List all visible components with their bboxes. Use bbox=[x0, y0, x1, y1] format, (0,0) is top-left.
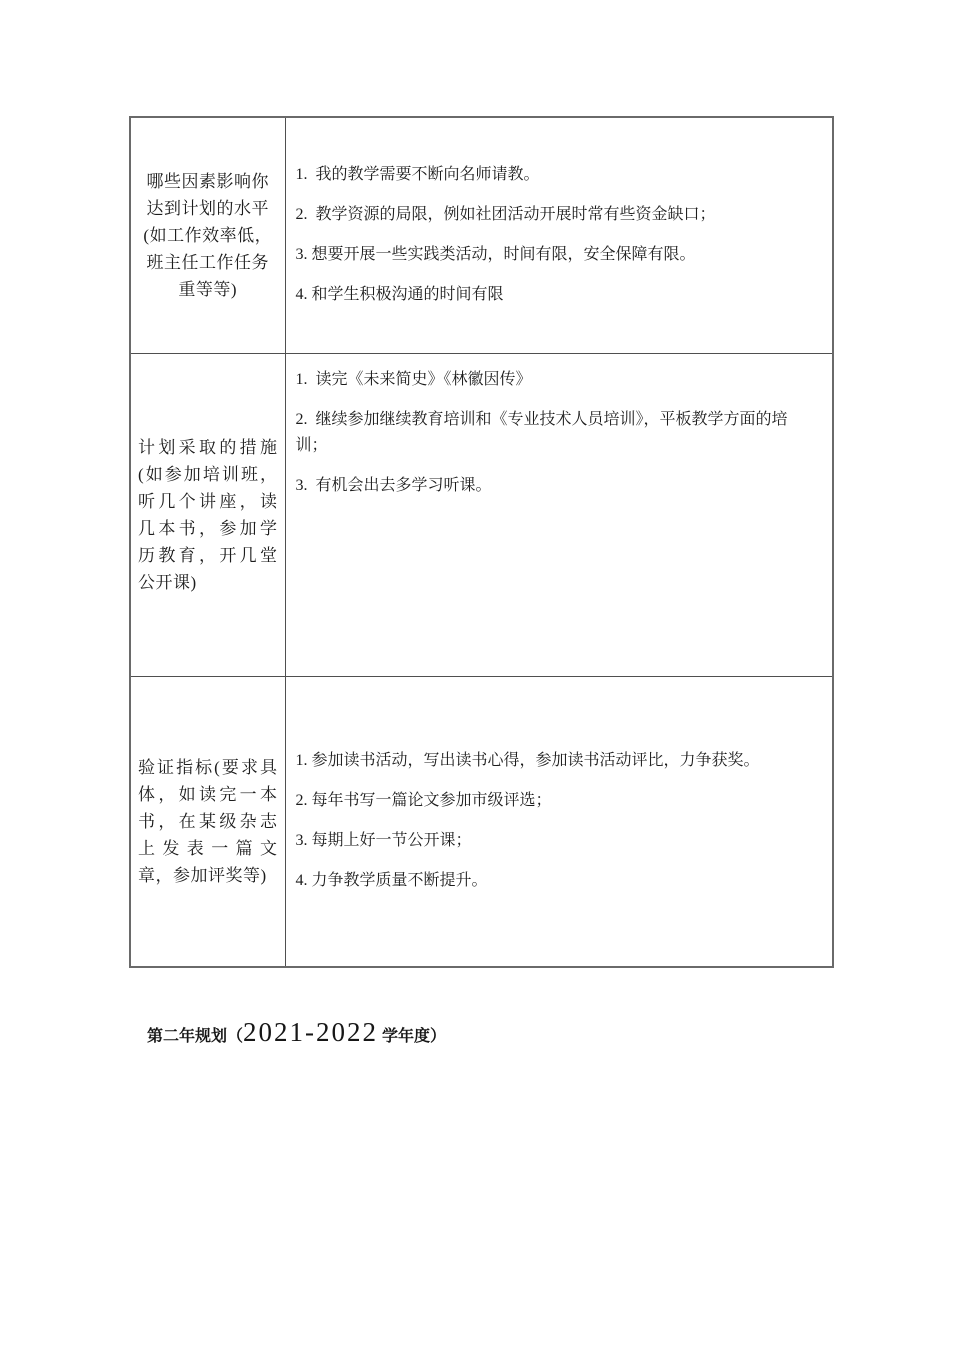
table-row-indicators: 验证指标(要求具体，如读完一本书，在某级杂志上发表一篇文章，参加评奖等) 1. … bbox=[130, 676, 833, 967]
row-label-cell-factors: 哪些因素影响你达到计划的水平(如工作效率低，班主任工作任务重等等) bbox=[130, 117, 285, 353]
list-item: 2. 继续参加继续教育培训和《专业技术人员培训》，平板教学方面的培训； bbox=[296, 407, 819, 459]
row-content-cell-measures: 1. 读完《未来简史》《林徽因传》 2. 继续参加继续教育培训和《专业技术人员培… bbox=[285, 353, 833, 676]
row-content-cell-indicators: 1. 参加读书活动，写出读书心得，参加读书活动评比，力争获奖。 2. 每年书写一… bbox=[285, 676, 833, 967]
section-heading-year: 2021-2022 bbox=[243, 1017, 378, 1047]
list-item: 3. 想要开展一些实践类活动，时间有限，安全保障有限。 bbox=[296, 242, 819, 268]
row-content-cell-factors: 1. 我的教学需要不断向名师请教。 2. 教学资源的局限，例如社团活动开展时常有… bbox=[285, 117, 833, 353]
row-label-cell-measures: 计划采取的措施(如参加培训班，听几个讲座，读几本书，参加学历教育，开几堂公开课) bbox=[130, 353, 285, 676]
list-item: 3. 有机会出去多学习听课。 bbox=[296, 473, 819, 499]
row-label-cell-indicators: 验证指标(要求具体，如读完一本书，在某级杂志上发表一篇文章，参加评奖等) bbox=[130, 676, 285, 967]
table-row-measures: 计划采取的措施(如参加培训班，听几个讲座，读几本书，参加学历教育，开几堂公开课)… bbox=[130, 353, 833, 676]
table-row-factors: 哪些因素影响你达到计划的水平(如工作效率低，班主任工作任务重等等) 1. 我的教… bbox=[130, 117, 833, 353]
row-label: 计划采取的措施(如参加培训班，听几个讲座，读几本书，参加学历教育，开几堂公开课) bbox=[138, 438, 278, 592]
list-item: 4. 力争教学质量不断提升。 bbox=[296, 868, 819, 894]
list-item: 2. 每年书写一篇论文参加市级评选； bbox=[296, 788, 819, 814]
section-heading-prefix: 第二年规划（ bbox=[147, 1028, 243, 1045]
section-heading: 第二年规划（2021-2022 学年度） bbox=[147, 1016, 446, 1048]
row-label: 哪些因素影响你达到计划的水平(如工作效率低，班主任工作任务重等等) bbox=[143, 172, 272, 299]
plan-table: 哪些因素影响你达到计划的水平(如工作效率低，班主任工作任务重等等) 1. 我的教… bbox=[129, 116, 834, 968]
list-item: 3. 每期上好一节公开课； bbox=[296, 828, 819, 854]
list-item: 1. 参加读书活动，写出读书心得，参加读书活动评比，力争获奖。 bbox=[296, 748, 819, 774]
list-item: 4. 和学生积极沟通的时间有限 bbox=[296, 282, 819, 308]
document-page: 哪些因素影响你达到计划的水平(如工作效率低，班主任工作任务重等等) 1. 我的教… bbox=[0, 0, 960, 1357]
section-heading-suffix: 学年度） bbox=[378, 1028, 446, 1045]
list-item: 2. 教学资源的局限，例如社团活动开展时常有些资金缺口； bbox=[296, 202, 819, 228]
list-item: 1. 读完《未来简史》《林徽因传》 bbox=[296, 367, 819, 393]
list-item: 1. 我的教学需要不断向名师请教。 bbox=[296, 162, 819, 188]
row-label: 验证指标(要求具体，如读完一本书，在某级杂志上发表一篇文章，参加评奖等) bbox=[138, 758, 278, 885]
